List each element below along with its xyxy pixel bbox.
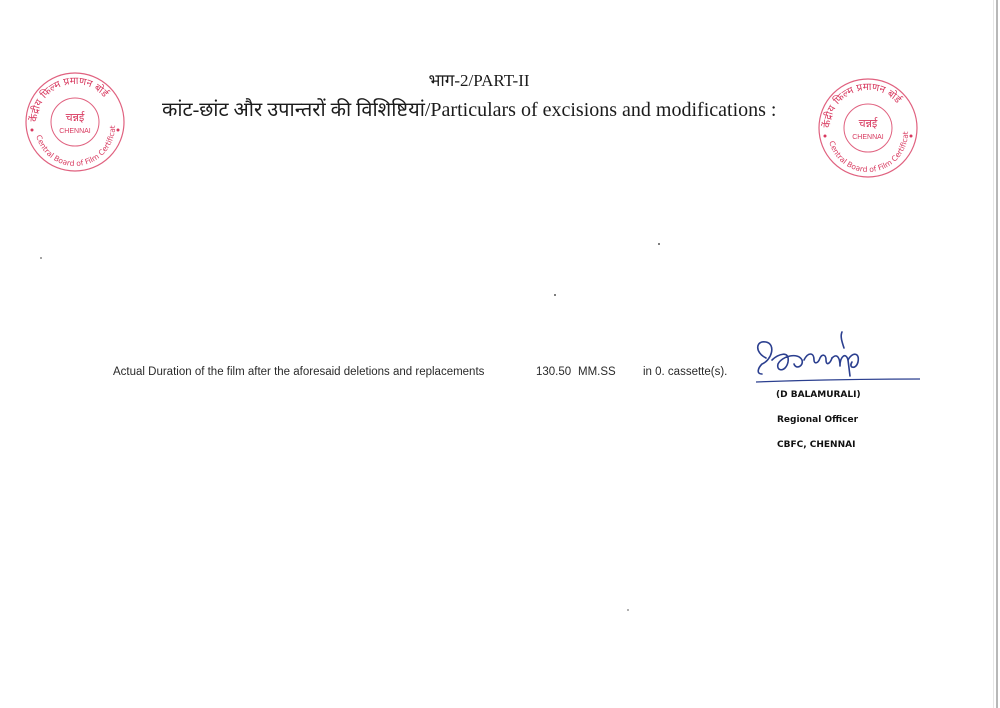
svg-text:चन्नई: चन्नई [859,117,879,130]
cbfc-seal-right: केंद्रीय फिल्म प्रमाणन बोर्ड Central Boa… [816,76,920,180]
signatory-name: (D BALAMURALI) [776,390,861,400]
duration-value: 130.50 [536,366,571,378]
scan-speck [658,243,660,245]
signatory-title: Regional Officer [777,415,858,425]
duration-label: Actual Duration of the film after the af… [113,366,484,378]
svg-text:चन्नई: चन्नई [66,111,86,124]
scan-speck [627,609,629,611]
page-edge-shadow [993,0,994,708]
part-heading: भाग-2/PART-II [0,68,958,91]
cassette-count: in 0. cassette(s). [643,366,727,378]
scan-speck [554,294,556,296]
page-edge [996,0,998,708]
svg-text:CHENNAI: CHENNAI [852,134,884,141]
signatory-office: CBFC, CHENNAI [777,440,855,450]
svg-text:CHENNAI: CHENNAI [59,128,91,135]
scan-speck [40,257,42,259]
duration-unit: MM.SS [578,366,616,378]
signature-mark [748,330,923,390]
excisions-heading: कांट-छांट और उपान्तरों की विशिष्टियां/Pa… [162,95,776,122]
